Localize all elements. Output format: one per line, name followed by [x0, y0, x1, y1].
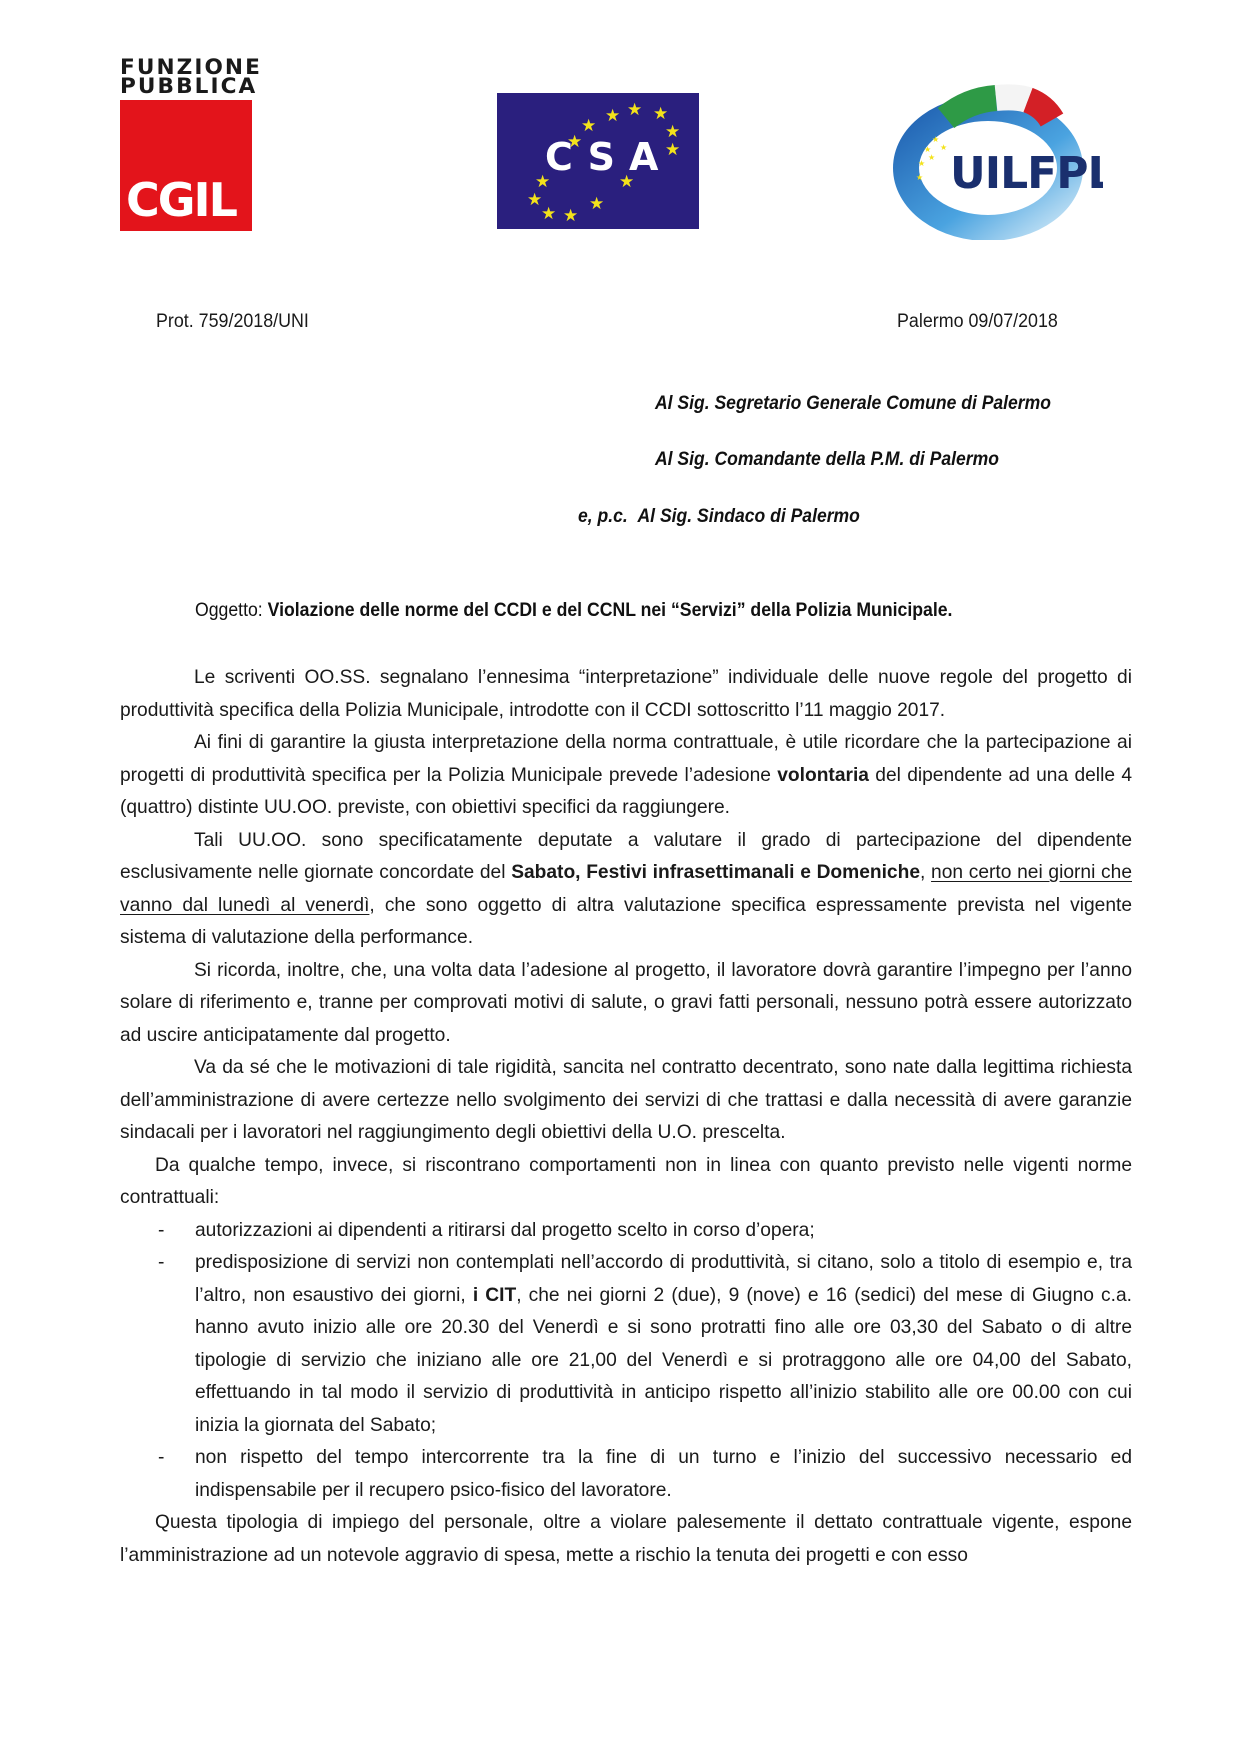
emphasis-days: Sabato, Festivi infrasettimanali e Domen…: [511, 862, 920, 883]
csa-logo: ★ ★ ★ ★ ★ ★ ★ ★ ★ ★ ★ ★ ★ CSA: [497, 93, 699, 229]
svg-text:★: ★: [928, 153, 935, 162]
list-item: -autorizzazioni ai dipendenti a ritirars…: [120, 1215, 1132, 1248]
subject-line: Oggetto: Violazione delle norme del CCDI…: [195, 599, 952, 622]
star-icon: ★: [605, 107, 620, 124]
star-icon: ★: [563, 207, 578, 224]
letter-body: Le scriventi OO.SS. segnalano l’ennesima…: [120, 662, 1132, 1572]
bullet-dash: -: [158, 1215, 164, 1248]
paragraph-3: Tali UU.OO. sono specificatamente deputa…: [120, 825, 1132, 955]
uilfpl-logo-mark: UILFPL: [950, 148, 1103, 199]
svg-text:★: ★: [918, 159, 925, 168]
violations-list: -autorizzazioni ai dipendenti a ritirars…: [120, 1215, 1132, 1508]
cgil-logo-line2: PUBBLICA: [120, 77, 258, 96]
paragraph-2: Ai fini di garantire la giusta interpret…: [120, 727, 1132, 825]
list-item: -non rispetto del tempo intercorrente tr…: [120, 1442, 1132, 1507]
star-icon: ★: [653, 105, 668, 122]
place-date: Palermo 09/07/2018: [897, 310, 1058, 334]
svg-text:★: ★: [932, 135, 939, 144]
csa-logo-mark: CSA: [545, 135, 672, 179]
bullet-dash: -: [158, 1442, 164, 1475]
recipient-3: e, p.c. Al Sig. Sindaco di Palermo: [578, 505, 860, 528]
recipient-3-text: Al Sig. Sindaco di Palermo: [638, 505, 860, 527]
svg-text:★: ★: [916, 173, 923, 182]
cgil-red-box: CGIL: [120, 100, 252, 231]
protocol-number: Prot. 759/2018/UNI: [156, 310, 309, 334]
uilfpl-ring-icon: ★★★ ★★★ UILFPL: [888, 80, 1103, 240]
cgil-logo-mark: CGIL: [126, 173, 236, 227]
subject-label: Oggetto:: [195, 599, 263, 621]
paragraph-7: Questa tipologia di impiego del personal…: [120, 1507, 1132, 1572]
star-icon: ★: [627, 101, 642, 118]
bullet-dash: -: [158, 1247, 164, 1280]
paragraph-4: Si ricorda, inoltre, che, una volta data…: [120, 955, 1132, 1053]
list-item: -predisposizione di servizi non contempl…: [120, 1247, 1132, 1442]
emphasis-volontaria: volontaria: [777, 765, 869, 786]
star-icon: ★: [527, 191, 542, 208]
paragraph-6: Da qualche tempo, invece, si riscontrano…: [120, 1150, 1132, 1215]
uilfpl-logo: ★★★ ★★★ UILFPL: [888, 80, 1103, 240]
emphasis-cit: i CIT: [473, 1285, 516, 1306]
star-icon: ★: [589, 195, 604, 212]
paragraph-1: Le scriventi OO.SS. segnalano l’ennesima…: [120, 662, 1132, 727]
star-icon: ★: [581, 117, 596, 134]
recipient-2: Al Sig. Comandante della P.M. di Palermo: [655, 448, 999, 471]
subject-text: Violazione delle norme del CCDI e del CC…: [268, 599, 953, 621]
cgil-logo: FUNZIONE PUBBLICA CGIL: [120, 58, 254, 231]
star-icon: ★: [541, 205, 556, 222]
paragraph-5: Va da sé che le motivazioni di tale rigi…: [120, 1052, 1132, 1150]
recipient-1: Al Sig. Segretario Generale Comune di Pa…: [655, 392, 1051, 415]
svg-text:★: ★: [940, 143, 947, 152]
cc-prefix: e, p.c.: [578, 505, 628, 527]
